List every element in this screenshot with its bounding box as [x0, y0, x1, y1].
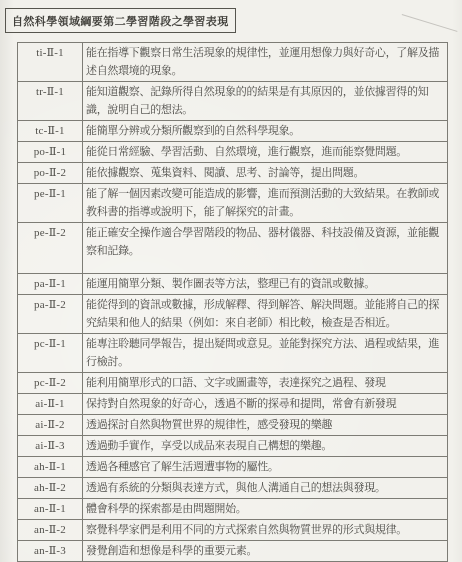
table-row: tr-Ⅱ-1 能知道觀察、記錄所得自然現象的的結果是有其原因的，並依據習得的知識… [18, 82, 448, 121]
table-row: ah-Ⅱ-2 透過有系統的分類與表達方式，與他人溝通自己的想法與發現。 [18, 478, 448, 499]
row-code: pc-Ⅱ-2 [18, 373, 83, 394]
table-row: pa-Ⅱ-1 能運用簡單分類、製作圖表等方法，整理已有的資訊或數據。 [18, 274, 448, 295]
row-description: 能從日常經驗、學習活動、自然環境，進行觀察，進而能察覺問題。 [83, 142, 448, 163]
row-description: 透過動手實作，享受以成品來表現自己構想的樂趣。 [83, 436, 448, 457]
document-title: 自然科學領域綱要第二學習階段之學習表現 [5, 8, 236, 33]
table-row: an-Ⅱ-1 體會科學的探索都是由問題開始。 [18, 499, 448, 520]
scan-artifact-line [402, 14, 458, 32]
row-description: 能正確安全操作適合學習階段的物品、器材儀器、科技設備及資源，並能觀察和記錄。 [83, 223, 448, 274]
row-code: pe-Ⅱ-1 [18, 184, 83, 223]
table-row: pa-Ⅱ-2 能從得到的資訊或數據，形成解釋、得到解答、解決問題。並能將自己的探… [18, 295, 448, 334]
row-description: 能在指導下觀察日常生活現象的規律性，並運用想像力與好奇心，了解及描述自然環境的現… [83, 43, 448, 82]
table-row: ti-Ⅱ-1 能在指導下觀察日常生活現象的規律性，並運用想像力與好奇心，了解及描… [18, 43, 448, 82]
row-code: po-Ⅱ-1 [18, 142, 83, 163]
row-description: 發覺創造和想像是科學的重要元素。 [83, 541, 448, 562]
row-code: an-Ⅱ-2 [18, 520, 83, 541]
row-code: an-Ⅱ-3 [18, 541, 83, 562]
row-description: 體會科學的探索都是由問題開始。 [83, 499, 448, 520]
row-description: 能了解一個因素改變可能造成的影響，進而預測活動的大致結果。在教師或教科書的指導或… [83, 184, 448, 223]
row-code: pc-Ⅱ-1 [18, 334, 83, 373]
table-row: an-Ⅱ-3 發覺創造和想像是科學的重要元素。 [18, 541, 448, 562]
table-row: ai-Ⅱ-3 透過動手實作，享受以成品來表現自己構想的樂趣。 [18, 436, 448, 457]
row-description: 能依據觀察、蒐集資料、閱讀、思考、討論等，提出問題。 [83, 163, 448, 184]
table-row: tc-Ⅱ-1 能簡單分辨或分類所觀察到的自然科學現象。 [18, 121, 448, 142]
row-code: ti-Ⅱ-1 [18, 43, 83, 82]
row-description: 能專注聆聽同學報告，提出疑問或意見。並能對探究方法、過程或結果，進行檢討。 [83, 334, 448, 373]
row-description: 能運用簡單分類、製作圖表等方法，整理已有的資訊或數據。 [83, 274, 448, 295]
learning-performance-table: ti-Ⅱ-1 能在指導下觀察日常生活現象的規律性，並運用想像力與好奇心，了解及描… [17, 42, 448, 562]
row-description: 能從得到的資訊或數據，形成解釋、得到解答、解決問題。並能將自己的探究結果和他人的… [83, 295, 448, 334]
row-code: ai-Ⅱ-3 [18, 436, 83, 457]
row-code: po-Ⅱ-2 [18, 163, 83, 184]
row-code: pa-Ⅱ-1 [18, 274, 83, 295]
table-row: pc-Ⅱ-1 能專注聆聽同學報告，提出疑問或意見。並能對探究方法、過程或結果，進… [18, 334, 448, 373]
row-code: ah-Ⅱ-2 [18, 478, 83, 499]
row-description: 透過探討自然與物質世界的規律性，感受發現的樂趣 [83, 415, 448, 436]
row-description: 透過有系統的分類與表達方式，與他人溝通自己的想法與發現。 [83, 478, 448, 499]
row-description: 透過各種感官了解生活週遭事物的屬性。 [83, 457, 448, 478]
row-code: pa-Ⅱ-2 [18, 295, 83, 334]
table-row: an-Ⅱ-2 察覺科學家們是利用不同的方式探索自然與物質世界的形式與規律。 [18, 520, 448, 541]
row-code: tr-Ⅱ-1 [18, 82, 83, 121]
row-code: pe-Ⅱ-2 [18, 223, 83, 274]
row-code: ai-Ⅱ-2 [18, 415, 83, 436]
table-row: ai-Ⅱ-2 透過探討自然與物質世界的規律性，感受發現的樂趣 [18, 415, 448, 436]
row-description: 察覺科學家們是利用不同的方式探索自然與物質世界的形式與規律。 [83, 520, 448, 541]
table-row: pe-Ⅱ-1 能了解一個因素改變可能造成的影響，進而預測活動的大致結果。在教師或… [18, 184, 448, 223]
table-row: po-Ⅱ-1 能從日常經驗、學習活動、自然環境，進行觀察，進而能察覺問題。 [18, 142, 448, 163]
row-description: 能知道觀察、記錄所得自然現象的的結果是有其原因的，並依據習得的知識，說明自己的想… [83, 82, 448, 121]
row-code: an-Ⅱ-1 [18, 499, 83, 520]
table-row: ai-Ⅱ-1 保持對自然現象的好奇心，透過不斷的探尋和提問，常會有新發現 [18, 394, 448, 415]
table-row: ah-Ⅱ-1 透過各種感官了解生活週遭事物的屬性。 [18, 457, 448, 478]
row-code: ah-Ⅱ-1 [18, 457, 83, 478]
table-row: pc-Ⅱ-2 能利用簡單形式的口語、文字或圖畫等，表達探究之過程、發現 [18, 373, 448, 394]
row-code: ai-Ⅱ-1 [18, 394, 83, 415]
table-row: po-Ⅱ-2 能依據觀察、蒐集資料、閱讀、思考、討論等，提出問題。 [18, 163, 448, 184]
row-code: tc-Ⅱ-1 [18, 121, 83, 142]
row-description: 保持對自然現象的好奇心，透過不斷的探尋和提問，常會有新發現 [83, 394, 448, 415]
table-row: pe-Ⅱ-2 能正確安全操作適合學習階段的物品、器材儀器、科技設備及資源，並能觀… [18, 223, 448, 274]
row-description: 能利用簡單形式的口語、文字或圖畫等，表達探究之過程、發現 [83, 373, 448, 394]
row-description: 能簡單分辨或分類所觀察到的自然科學現象。 [83, 121, 448, 142]
